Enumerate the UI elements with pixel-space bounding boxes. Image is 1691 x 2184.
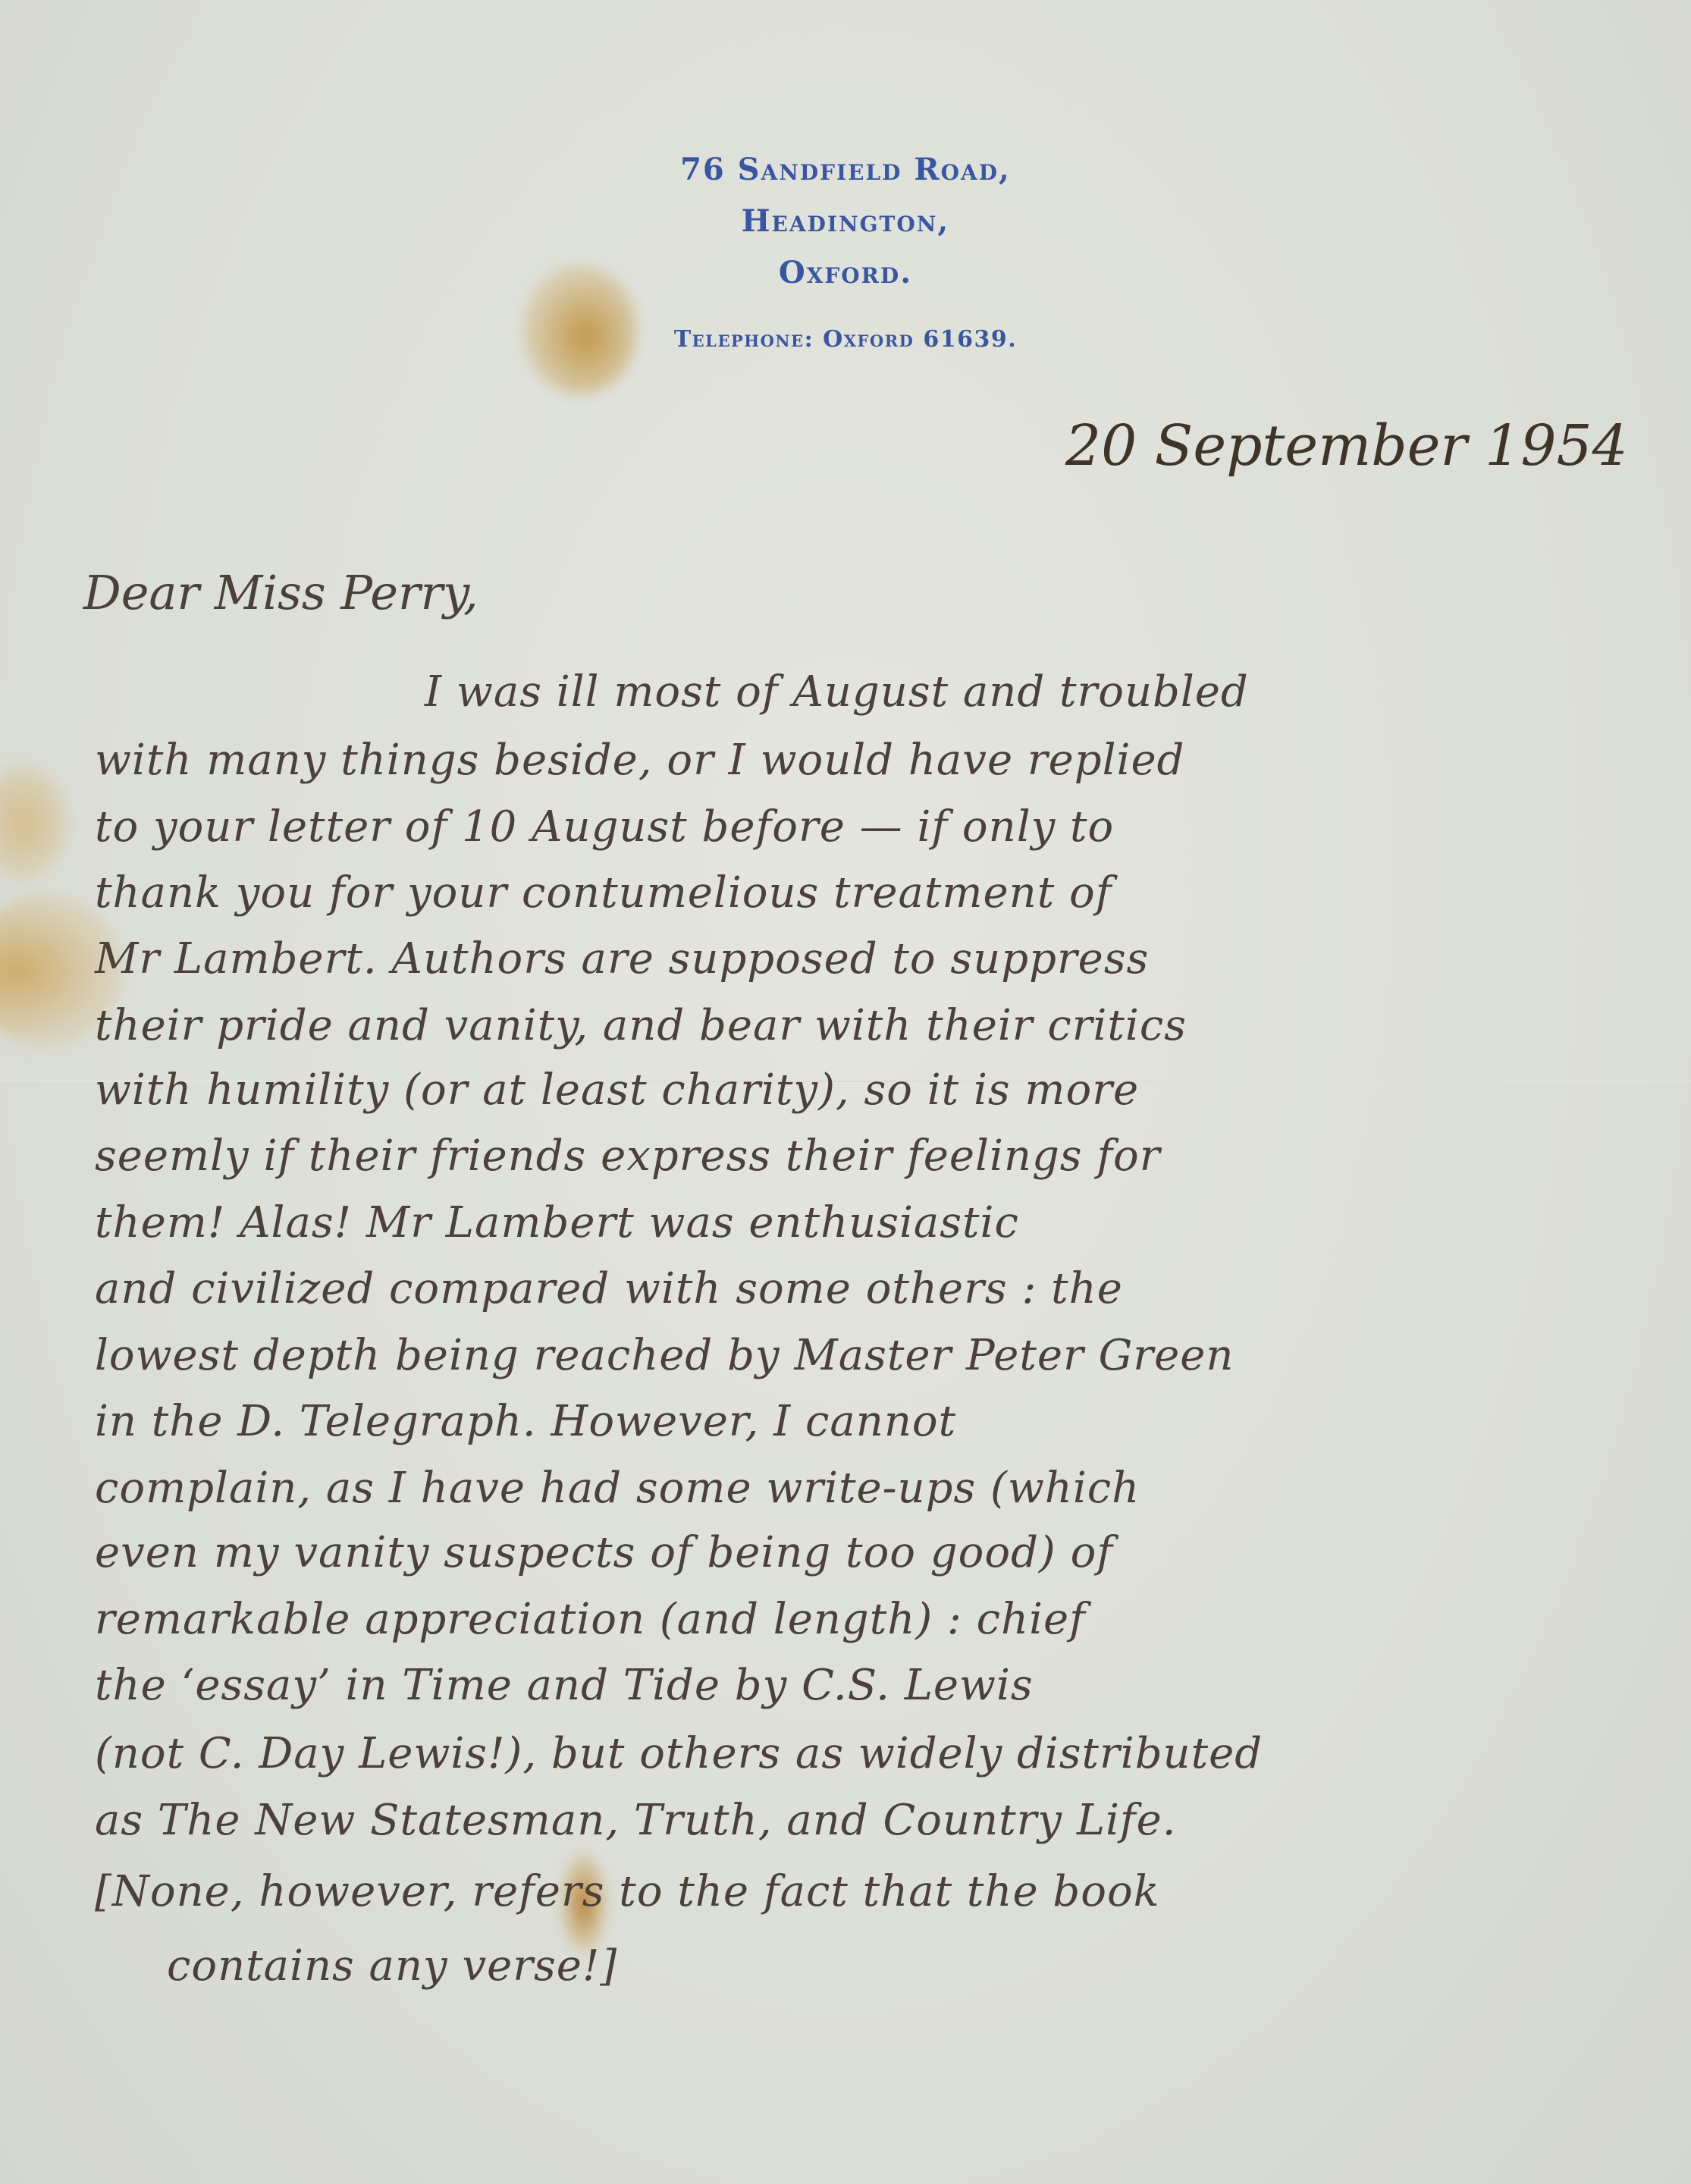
salutation: Dear Miss Perry,	[83, 565, 478, 620]
letter-date: 20 September 1954	[1065, 413, 1628, 479]
body-line: and civilized compared with some others …	[95, 1264, 1123, 1313]
body-line-with-title: the ‘essay’ in Time and Tide by C.S. Lew…	[95, 1661, 1034, 1710]
body-line: thank you for your contumelious treatmen…	[95, 868, 1112, 918]
body-line: in the D. Telegraph. However, I cannot	[95, 1397, 956, 1446]
stain-left-upper	[0, 766, 68, 880]
body-line: lowest depth being reached by Master Pet…	[95, 1331, 1234, 1380]
body-line: [None, however, refers to the fact that …	[95, 1867, 1160, 1916]
body-line: even my vanity suspects of being too goo…	[95, 1528, 1113, 1577]
body-line-text: the ‘essay’ in Time and Tide by C.S. Lew…	[95, 1661, 1034, 1710]
body-line: I was ill most of August and troubled	[425, 667, 1249, 717]
body-line: remarkable appreciation (and length) : c…	[95, 1595, 1086, 1644]
body-line: with many things beside, or I would have…	[95, 736, 1184, 785]
letterhead-address-line2: Headington,	[0, 203, 1691, 239]
body-line: to your letter of 10 August before — if …	[95, 802, 1114, 852]
body-line: as The New Statesman, Truth, and Country…	[95, 1796, 1177, 1845]
body-line: their pride and vanity, and bear with th…	[95, 1001, 1187, 1050]
letter-page: 76 Sandfield Road, Headington, Oxford. T…	[0, 0, 1691, 2184]
body-line: (not C. Day Lewis!), but others as widel…	[95, 1729, 1263, 1778]
letterhead-address-line1: 76 Sandfield Road,	[0, 152, 1691, 187]
body-line: them! Alas! Mr Lambert was enthusiastic	[95, 1198, 1019, 1247]
body-line: seemly if their friends express their fe…	[95, 1131, 1161, 1181]
body-line: Mr Lambert. Authors are supposed to supp…	[95, 934, 1149, 984]
letterhead-telephone: Telephone: Oxford 61639.	[0, 326, 1691, 353]
letterhead-address-line3: Oxford.	[0, 255, 1691, 290]
body-line: with humility (or at least charity), so …	[95, 1065, 1139, 1115]
body-line: contains any verse!]	[167, 1941, 617, 1991]
body-line: complain, as I have had some write-ups (…	[95, 1464, 1140, 1513]
